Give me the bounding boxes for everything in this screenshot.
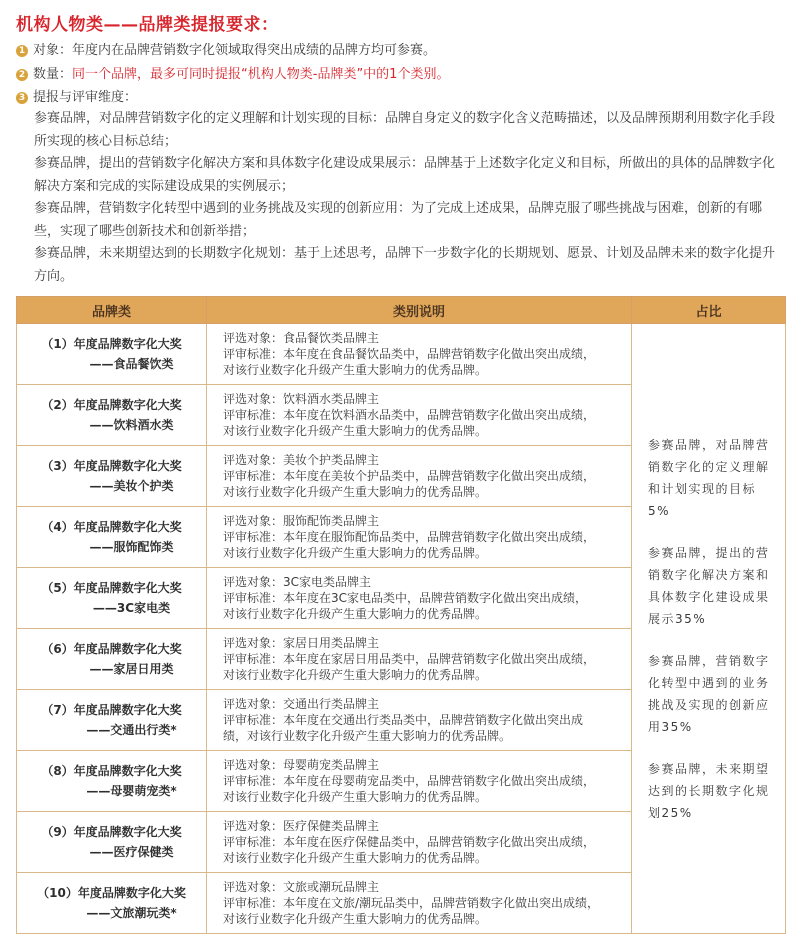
- award-category: ——医疗保健类: [17, 842, 206, 862]
- criteria-text: 评审标准：本年度在服饰配饰品类中，品牌营销数字化做出突出成绩，: [223, 529, 631, 545]
- award-cell: （7）年度品牌数字化大奖——交通出行类*: [17, 690, 207, 751]
- criteria-text: 评审标准：本年度在家居日用品类中，品牌营销数字化做出突出成绩，: [223, 651, 631, 667]
- target-text: 评选对象：美妆个护类品牌主: [223, 452, 631, 468]
- award-cell: （8）年度品牌数字化大奖——母婴萌宠类*: [17, 751, 207, 812]
- dimension-item: 参赛品牌，对品牌营销数字化的定义理解和计划实现的目标：品牌自身定义的数字化含义范…: [34, 108, 786, 153]
- dimension-item: 参赛品牌，提出的营销数字化解决方案和具体数字化建设成果展示：品牌基于上述数字化定…: [34, 153, 786, 198]
- column-header-category: 品牌类: [17, 297, 207, 324]
- awards-table: 品牌类 类别说明 占比 （1）年度品牌数字化大奖——食品餐饮类 评选对象：食品餐…: [16, 296, 786, 934]
- award-name: （7）年度品牌数字化大奖: [41, 703, 181, 717]
- award-category: ——饮料酒水类: [17, 415, 206, 435]
- criteria-text: 评审标准：本年度在美妆个护品类中，品牌营销数字化做出突出成绩，: [223, 468, 631, 484]
- table-header-row: 品牌类 类别说明 占比: [17, 297, 786, 324]
- award-name: （5）年度品牌数字化大奖: [41, 581, 181, 595]
- requirement-quantity: 2 数量： 同一个品牌，最多可同时提报“机构人物类-品牌类”中的1个类别。: [16, 66, 449, 84]
- award-name: （9）年度品牌数字化大奖: [41, 825, 181, 839]
- award-cell: （9）年度品牌数字化大奖——医疗保健类: [17, 812, 207, 873]
- award-name: （6）年度品牌数字化大奖: [41, 642, 181, 656]
- requirement-label: 对象：: [33, 42, 72, 60]
- description-cell: 评选对象：饮料酒水类品牌主评审标准：本年度在饮料酒水品类中，品牌营销数字化做出突…: [207, 385, 632, 446]
- ratio-item: 参赛品牌，营销数字化转型中遇到的业务挑战及实现的创新应用35%: [648, 650, 771, 738]
- description-cell: 评选对象：美妆个护类品牌主评审标准：本年度在美妆个护品类中，品牌营销数字化做出突…: [207, 446, 632, 507]
- criteria-text: 评审标准：本年度在食品餐饮品类中，品牌营销数字化做出突出成绩，: [223, 346, 631, 362]
- target-text: 评选对象：饮料酒水类品牌主: [223, 391, 631, 407]
- award-cell: （6）年度品牌数字化大奖——家居日用类: [17, 629, 207, 690]
- award-cell: （1）年度品牌数字化大奖——食品餐饮类: [17, 324, 207, 385]
- criteria-text-cont: 对该行业数字化升级产生重大影响力的优秀品牌。: [223, 362, 631, 378]
- target-text: 评选对象：母婴萌宠类品牌主: [223, 757, 631, 773]
- column-header-ratio: 占比: [632, 297, 786, 324]
- dimension-item: 参赛品牌，营销数字化转型中遇到的业务挑战及实现的创新应用：为了完成上述成果，品牌…: [34, 198, 786, 243]
- award-name: （2）年度品牌数字化大奖: [41, 398, 181, 412]
- award-category: ——食品餐饮类: [17, 354, 206, 374]
- award-category: ——母婴萌宠类*: [17, 781, 206, 801]
- requirement-label: 提报与评审维度：: [33, 89, 137, 107]
- requirement-text: 年度内在品牌营销数字化领域取得突出成绩的品牌方均可参赛。: [72, 42, 436, 60]
- description-cell: 评选对象：医疗保健类品牌主评审标准：本年度在医疗保健品类中，品牌营销数字化做出突…: [207, 812, 632, 873]
- target-text: 评选对象：食品餐饮类品牌主: [223, 330, 631, 346]
- criteria-text-cont: 对该行业数字化升级产生重大影响力的优秀品牌。: [223, 484, 631, 500]
- award-cell: （10）年度品牌数字化大奖——文旅潮玩类*: [17, 873, 207, 934]
- criteria-text: 评审标准：本年度在3C家电品类中，品牌营销数字化做出突出成绩，: [223, 590, 631, 606]
- requirement-label: 数量：: [33, 66, 72, 84]
- description-cell: 评选对象：服饰配饰类品牌主评审标准：本年度在服饰配饰品类中，品牌营销数字化做出突…: [207, 507, 632, 568]
- description-cell: 评选对象：交通出行类品牌主评审标准：本年度在交通出行类品类中，品牌营销数字化做出…: [207, 690, 632, 751]
- requirement-object: 1 对象： 年度内在品牌营销数字化领域取得突出成绩的品牌方均可参赛。: [16, 42, 436, 60]
- column-header-description: 类别说明: [207, 297, 632, 324]
- description-cell: 评选对象：文旅或潮玩品牌主评审标准：本年度在文旅/潮玩品类中，品牌营销数字化做出…: [207, 873, 632, 934]
- criteria-text: 评审标准：本年度在交通出行类品类中，品牌营销数字化做出突出成: [223, 712, 631, 728]
- ratio-item: 参赛品牌，对品牌营销数字化的定义理解和计划实现的目标5%: [648, 434, 771, 522]
- ratio-cell: 参赛品牌，对品牌营销数字化的定义理解和计划实现的目标5% 参赛品牌，提出的营销数…: [632, 324, 786, 934]
- ratio-item: 参赛品牌，未来期望达到的长期数字化规划25%: [648, 758, 771, 824]
- criteria-text-cont: 对该行业数字化升级产生重大影响力的优秀品牌。: [223, 850, 631, 866]
- criteria-text-cont: 对该行业数字化升级产生重大影响力的优秀品牌。: [223, 789, 631, 805]
- criteria-text-cont: 对该行业数字化升级产生重大影响力的优秀品牌。: [223, 606, 631, 622]
- award-name: （8）年度品牌数字化大奖: [41, 764, 181, 778]
- criteria-text-cont: 对该行业数字化升级产生重大影响力的优秀品牌。: [223, 911, 631, 927]
- criteria-text: 评审标准：本年度在文旅/潮玩品类中，品牌营销数字化做出突出成绩，: [223, 895, 631, 911]
- target-text: 评选对象：3C家电类品牌主: [223, 574, 631, 590]
- ratio-item: 参赛品牌，提出的营销数字化解决方案和具体数字化建设成果展示35%: [648, 542, 771, 630]
- requirement-text: 同一个品牌，最多可同时提报“机构人物类-品牌类”中的1个类别。: [72, 66, 449, 84]
- number-1-icon: 1: [16, 45, 28, 57]
- dimension-item: 参赛品牌，未来期望达到的长期数字化规划：基于上述思考，品牌下一步数字化的长期规划…: [34, 243, 786, 288]
- award-category: ——服饰配饰类: [17, 537, 206, 557]
- criteria-text: 评审标准：本年度在母婴萌宠品类中，品牌营销数字化做出突出成绩，: [223, 773, 631, 789]
- target-text: 评选对象：服饰配饰类品牌主: [223, 513, 631, 529]
- number-2-icon: 2: [16, 69, 28, 81]
- target-text: 评选对象：家居日用类品牌主: [223, 635, 631, 651]
- award-name: （3）年度品牌数字化大奖: [41, 459, 181, 473]
- award-cell: （2）年度品牌数字化大奖——饮料酒水类: [17, 385, 207, 446]
- award-category: ——3C家电类: [17, 598, 206, 618]
- award-category: ——美妆个护类: [17, 476, 206, 496]
- criteria-text-cont: 绩，对该行业数字化升级产生重大影响力的优秀品牌。: [223, 728, 631, 744]
- award-category: ——文旅潮玩类*: [17, 903, 206, 923]
- dimension-list: 参赛品牌，对品牌营销数字化的定义理解和计划实现的目标：品牌自身定义的数字化含义范…: [34, 108, 786, 288]
- award-category: ——交通出行类*: [17, 720, 206, 740]
- award-name: （10）年度品牌数字化大奖: [37, 886, 186, 900]
- criteria-text-cont: 对该行业数字化升级产生重大影响力的优秀品牌。: [223, 423, 631, 439]
- award-cell: （4）年度品牌数字化大奖——服饰配饰类: [17, 507, 207, 568]
- number-3-icon: 3: [16, 92, 28, 104]
- target-text: 评选对象：医疗保健类品牌主: [223, 818, 631, 834]
- award-category: ——家居日用类: [17, 659, 206, 679]
- description-cell: 评选对象：家居日用类品牌主评审标准：本年度在家居日用品类中，品牌营销数字化做出突…: [207, 629, 632, 690]
- award-name: （4）年度品牌数字化大奖: [41, 520, 181, 534]
- table-row: （1）年度品牌数字化大奖——食品餐饮类 评选对象：食品餐饮类品牌主评审标准：本年…: [17, 324, 786, 385]
- page-title: 机构人物类——品牌类提报要求：: [16, 10, 279, 35]
- criteria-text-cont: 对该行业数字化升级产生重大影响力的优秀品牌。: [223, 667, 631, 683]
- criteria-text: 评审标准：本年度在医疗保健品类中，品牌营销数字化做出突出成绩，: [223, 834, 631, 850]
- description-cell: 评选对象：食品餐饮类品牌主评审标准：本年度在食品餐饮品类中，品牌营销数字化做出突…: [207, 324, 632, 385]
- description-cell: 评选对象：3C家电类品牌主评审标准：本年度在3C家电品类中，品牌营销数字化做出突…: [207, 568, 632, 629]
- requirement-dimensions: 3 提报与评审维度：: [16, 89, 137, 107]
- award-name: （1）年度品牌数字化大奖: [41, 337, 181, 351]
- target-text: 评选对象：文旅或潮玩品牌主: [223, 879, 631, 895]
- award-cell: （5）年度品牌数字化大奖——3C家电类: [17, 568, 207, 629]
- target-text: 评选对象：交通出行类品牌主: [223, 696, 631, 712]
- criteria-text: 评审标准：本年度在饮料酒水品类中，品牌营销数字化做出突出成绩，: [223, 407, 631, 423]
- award-cell: （3）年度品牌数字化大奖——美妆个护类: [17, 446, 207, 507]
- criteria-text-cont: 对该行业数字化升级产生重大影响力的优秀品牌。: [223, 545, 631, 561]
- description-cell: 评选对象：母婴萌宠类品牌主评审标准：本年度在母婴萌宠品类中，品牌营销数字化做出突…: [207, 751, 632, 812]
